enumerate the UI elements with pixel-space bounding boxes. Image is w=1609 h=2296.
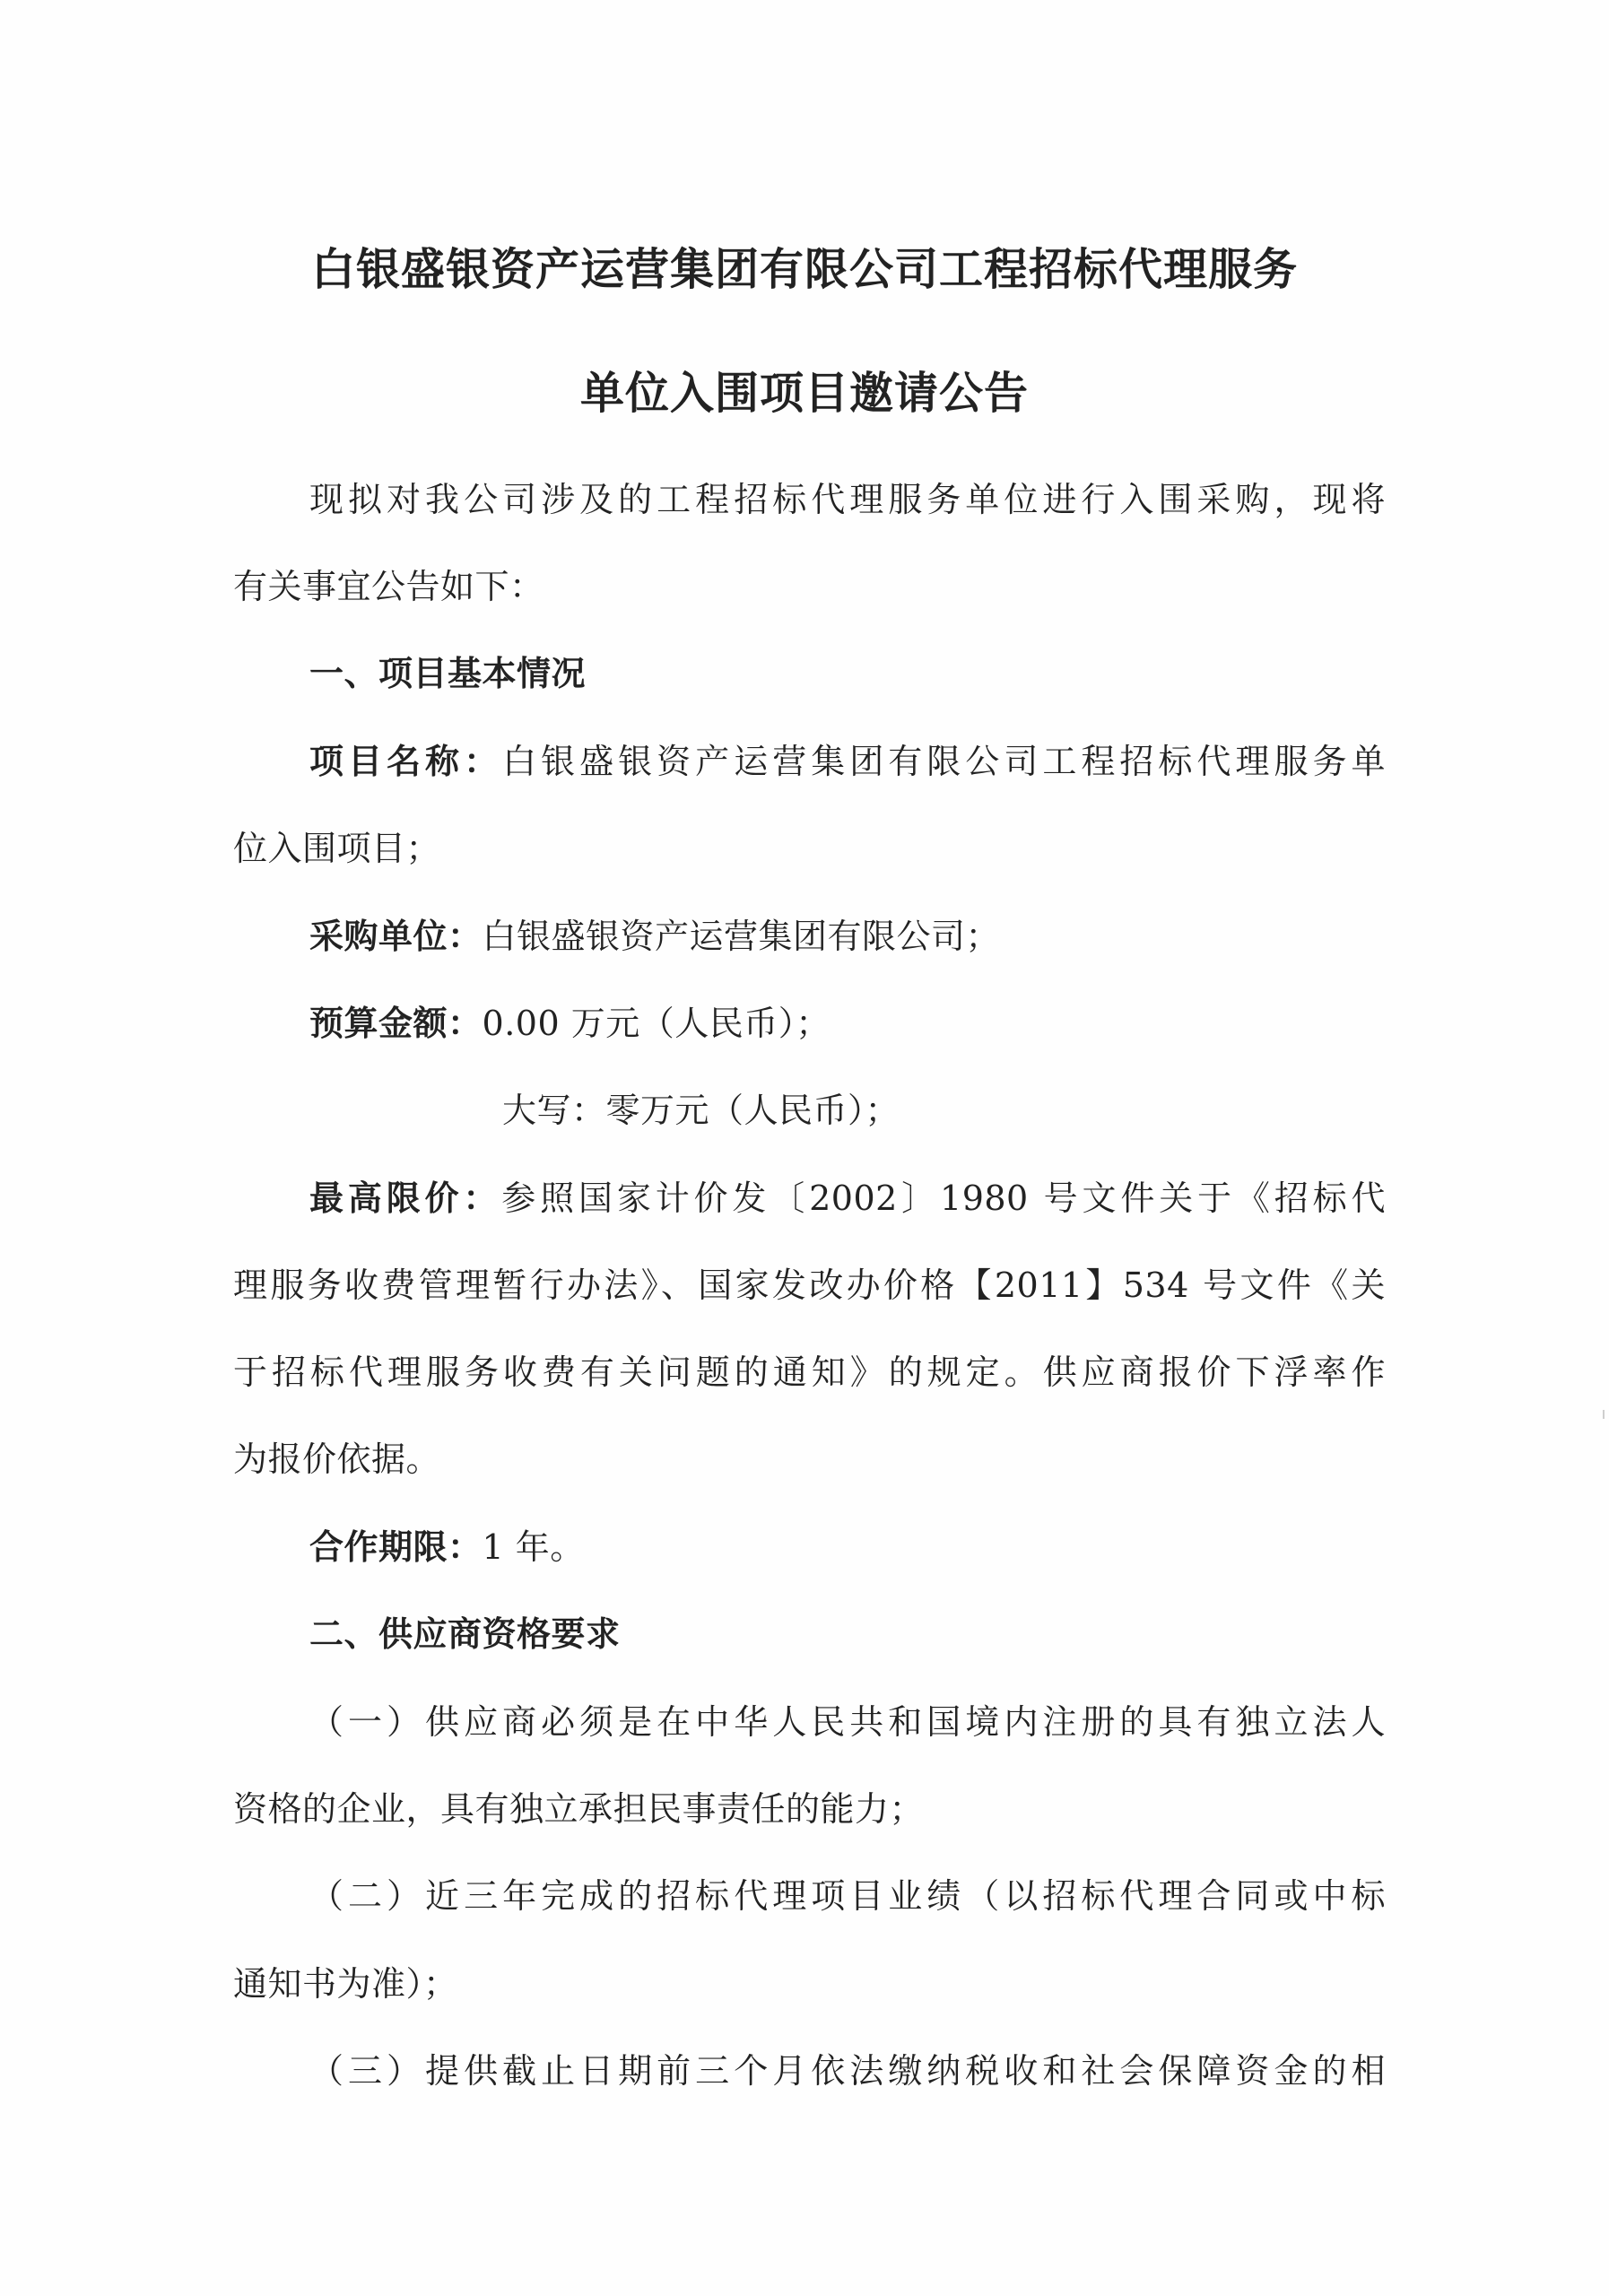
requirement-1-line-1: （一）供应商必须是在中华人民共和国境内注册的具有独立法人 <box>309 1700 1386 1744</box>
document-page: 白银盛银资产运营集团有限公司工程招标代理服务 单位入围项目邀请公告 现拟对我公司… <box>0 0 1609 2296</box>
budget-label: 预算金额： <box>309 1004 483 1043</box>
budget-capital-value: 零万元（人民币）； <box>606 1091 900 1130</box>
max-price-line-1: 最高限价：参照国家计价发〔2002〕1980 号文件关于《招标代 <box>309 1177 1386 1220</box>
max-price-value: 参照国家计价发〔2002〕1980 号文件关于《招标代 <box>501 1178 1386 1218</box>
project-name-line-1: 项目名称：白银盛银资产运营集团有限公司工程招标代理服务单 <box>309 740 1386 783</box>
project-name-value: 白银盛银资产运营集团有限公司工程招标代理服务单 <box>502 742 1386 781</box>
requirement-2-line-1: （二）近三年完成的招标代理项目业绩（以招标代理合同或中标 <box>309 1874 1386 1918</box>
document-title-line-2: 单位入围项目邀请公告 <box>0 359 1609 422</box>
max-price-label: 最高限价： <box>309 1178 501 1218</box>
purchaser-value: 白银盛银资产运营集团有限公司； <box>483 917 1001 956</box>
project-name-label: 项目名称： <box>309 742 502 781</box>
max-price-line-2: 理服务收费管理暂行办法》、国家发改办价格【2011】534 号文件《关 <box>233 1264 1386 1307</box>
requirement-1-line-2: 资格的企业，具有独立承担民事责任的能力； <box>233 1787 1386 1831</box>
max-price-line-4: 为报价依据。 <box>233 1438 1386 1481</box>
project-name-line-2: 位入围项目； <box>233 827 1386 870</box>
section-1-heading: 一、项目基本情况 <box>309 652 1386 695</box>
budget-capital-line: 大写：零万元（人民币）； <box>502 1089 1386 1132</box>
intro-paragraph-line-1: 现拟对我公司涉及的工程招标代理服务单位进行入围采购，现将 <box>309 478 1386 521</box>
scan-artifact <box>1603 1410 1605 1419</box>
budget-value: 0.00 万元（人民币）； <box>483 1004 831 1043</box>
term-line: 合作期限：1 年。 <box>309 1526 1386 1569</box>
section-2-heading: 二、供应商资格要求 <box>309 1613 1386 1656</box>
requirement-3-line-1: （三）提供截止日期前三个月依法缴纳税收和社会保障资金的相 <box>309 2049 1386 2092</box>
purchaser-label: 采购单位： <box>309 917 483 956</box>
purchaser-line: 采购单位：白银盛银资产运营集团有限公司； <box>309 915 1386 958</box>
max-price-line-3: 于招标代理服务收费有关问题的通知》的规定。供应商报价下浮率作 <box>233 1351 1386 1394</box>
document-title-line-1: 白银盛银资产运营集团有限公司工程招标代理服务 <box>0 235 1609 298</box>
term-value: 1 年。 <box>483 1527 585 1567</box>
budget-line: 预算金额：0.00 万元（人民币）； <box>309 1002 1386 1045</box>
term-label: 合作期限： <box>309 1527 483 1567</box>
intro-paragraph-line-2: 有关事宜公告如下： <box>233 565 1386 608</box>
requirement-2-line-2: 通知书为准）； <box>233 1962 1386 2005</box>
budget-capital-label: 大写： <box>502 1091 606 1130</box>
